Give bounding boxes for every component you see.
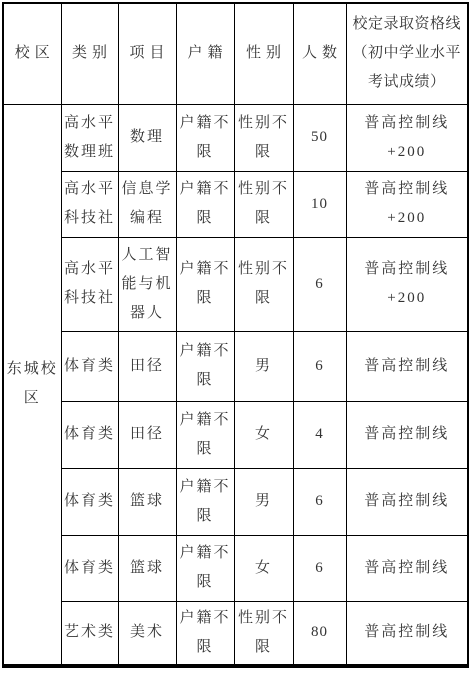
cell-gender: 性别不 限 xyxy=(234,171,293,237)
cell-qualification: 普高控制线+200 xyxy=(346,104,468,171)
cell-category: 体育类 xyxy=(61,468,118,535)
header-row: 校区 类别 项目 户籍 性别 人数 校定录取资格线 （初中学业水平 考试成绩） xyxy=(3,3,468,104)
cell-residence: 户籍不 限 xyxy=(176,601,234,666)
cell-qualification: 普高控制线 xyxy=(346,601,468,666)
header-category: 类别 xyxy=(61,3,118,104)
cell-count: 4 xyxy=(293,401,346,468)
cell-gender: 女 xyxy=(234,401,293,468)
cell-qualification: 普高控制线 xyxy=(346,401,468,468)
cell-residence: 户籍不 限 xyxy=(176,468,234,535)
cell-count: 6 xyxy=(293,468,346,535)
cell-count: 50 xyxy=(293,104,346,171)
cell-gender: 性别不 限 xyxy=(234,237,293,331)
cell-count: 6 xyxy=(293,237,346,331)
cell-item: 田径 xyxy=(118,401,176,468)
cell-qualification: 普高控制线 xyxy=(346,468,468,535)
table-row: 体育类 田径 户籍不 限 男 6 普高控制线 xyxy=(3,331,468,401)
cell-gender: 性别不 限 xyxy=(234,104,293,171)
table-row: 东城校 区 高水平 数理班 数理 户籍不 限 性别不 限 50 普高控制线+20… xyxy=(3,104,468,171)
table-row: 体育类 篮球 户籍不 限 女 6 普高控制线 xyxy=(3,535,468,601)
table-row: 体育类 田径 户籍不 限 女 4 普高控制线 xyxy=(3,401,468,468)
cell-residence: 户籍不 限 xyxy=(176,535,234,601)
cell-residence: 户籍不 限 xyxy=(176,104,234,171)
document-page: 校区 类别 项目 户籍 性别 人数 校定录取资格线 （初中学业水平 考试成绩） … xyxy=(0,0,469,673)
cell-item: 人工智 能与机 器人 xyxy=(118,237,176,331)
cell-residence: 户籍不 限 xyxy=(176,237,234,331)
header-count: 人数 xyxy=(293,3,346,104)
cell-item: 篮球 xyxy=(118,468,176,535)
cell-category: 高水平 数理班 xyxy=(61,104,118,171)
header-campus: 校区 xyxy=(3,3,61,104)
cell-item: 篮球 xyxy=(118,535,176,601)
cell-count: 10 xyxy=(293,171,346,237)
cell-category: 艺术类 xyxy=(61,601,118,666)
table-row: 体育类 篮球 户籍不 限 男 6 普高控制线 xyxy=(3,468,468,535)
cell-item: 田径 xyxy=(118,331,176,401)
table-row: 高水平 科技社 人工智 能与机 器人 户籍不 限 性别不 限 6 普高控制线+2… xyxy=(3,237,468,331)
header-item: 项目 xyxy=(118,3,176,104)
cell-residence: 户籍不 限 xyxy=(176,331,234,401)
cell-item: 美术 xyxy=(118,601,176,666)
cell-item: 信息学 编程 xyxy=(118,171,176,237)
cell-qualification: 普高控制线 xyxy=(346,331,468,401)
cell-item: 数理 xyxy=(118,104,176,171)
cell-count: 6 xyxy=(293,331,346,401)
cell-campus: 东城校 区 xyxy=(3,104,61,666)
table-row: 艺术类 美术 户籍不 限 性别不 限 80 普高控制线 xyxy=(3,601,468,666)
cell-count: 80 xyxy=(293,601,346,666)
cell-gender: 男 xyxy=(234,331,293,401)
cell-qualification: 普高控制线+200 xyxy=(346,237,468,331)
cell-qualification: 普高控制线+200 xyxy=(346,171,468,237)
cell-gender: 男 xyxy=(234,468,293,535)
cell-gender: 女 xyxy=(234,535,293,601)
header-qualification: 校定录取资格线 （初中学业水平 考试成绩） xyxy=(346,3,468,104)
cell-count: 6 xyxy=(293,535,346,601)
cell-category: 体育类 xyxy=(61,535,118,601)
cell-qualification: 普高控制线 xyxy=(346,535,468,601)
cell-residence: 户籍不 限 xyxy=(176,171,234,237)
admission-table: 校区 类别 项目 户籍 性别 人数 校定录取资格线 （初中学业水平 考试成绩） … xyxy=(2,2,469,668)
cell-category: 高水平 科技社 xyxy=(61,237,118,331)
header-residence: 户籍 xyxy=(176,3,234,104)
cell-residence: 户籍不 限 xyxy=(176,401,234,468)
table-row: 高水平 科技社 信息学 编程 户籍不 限 性别不 限 10 普高控制线+200 xyxy=(3,171,468,237)
header-gender: 性别 xyxy=(234,3,293,104)
cell-category: 高水平 科技社 xyxy=(61,171,118,237)
cell-category: 体育类 xyxy=(61,401,118,468)
cell-category: 体育类 xyxy=(61,331,118,401)
cell-gender: 性别不 限 xyxy=(234,601,293,666)
